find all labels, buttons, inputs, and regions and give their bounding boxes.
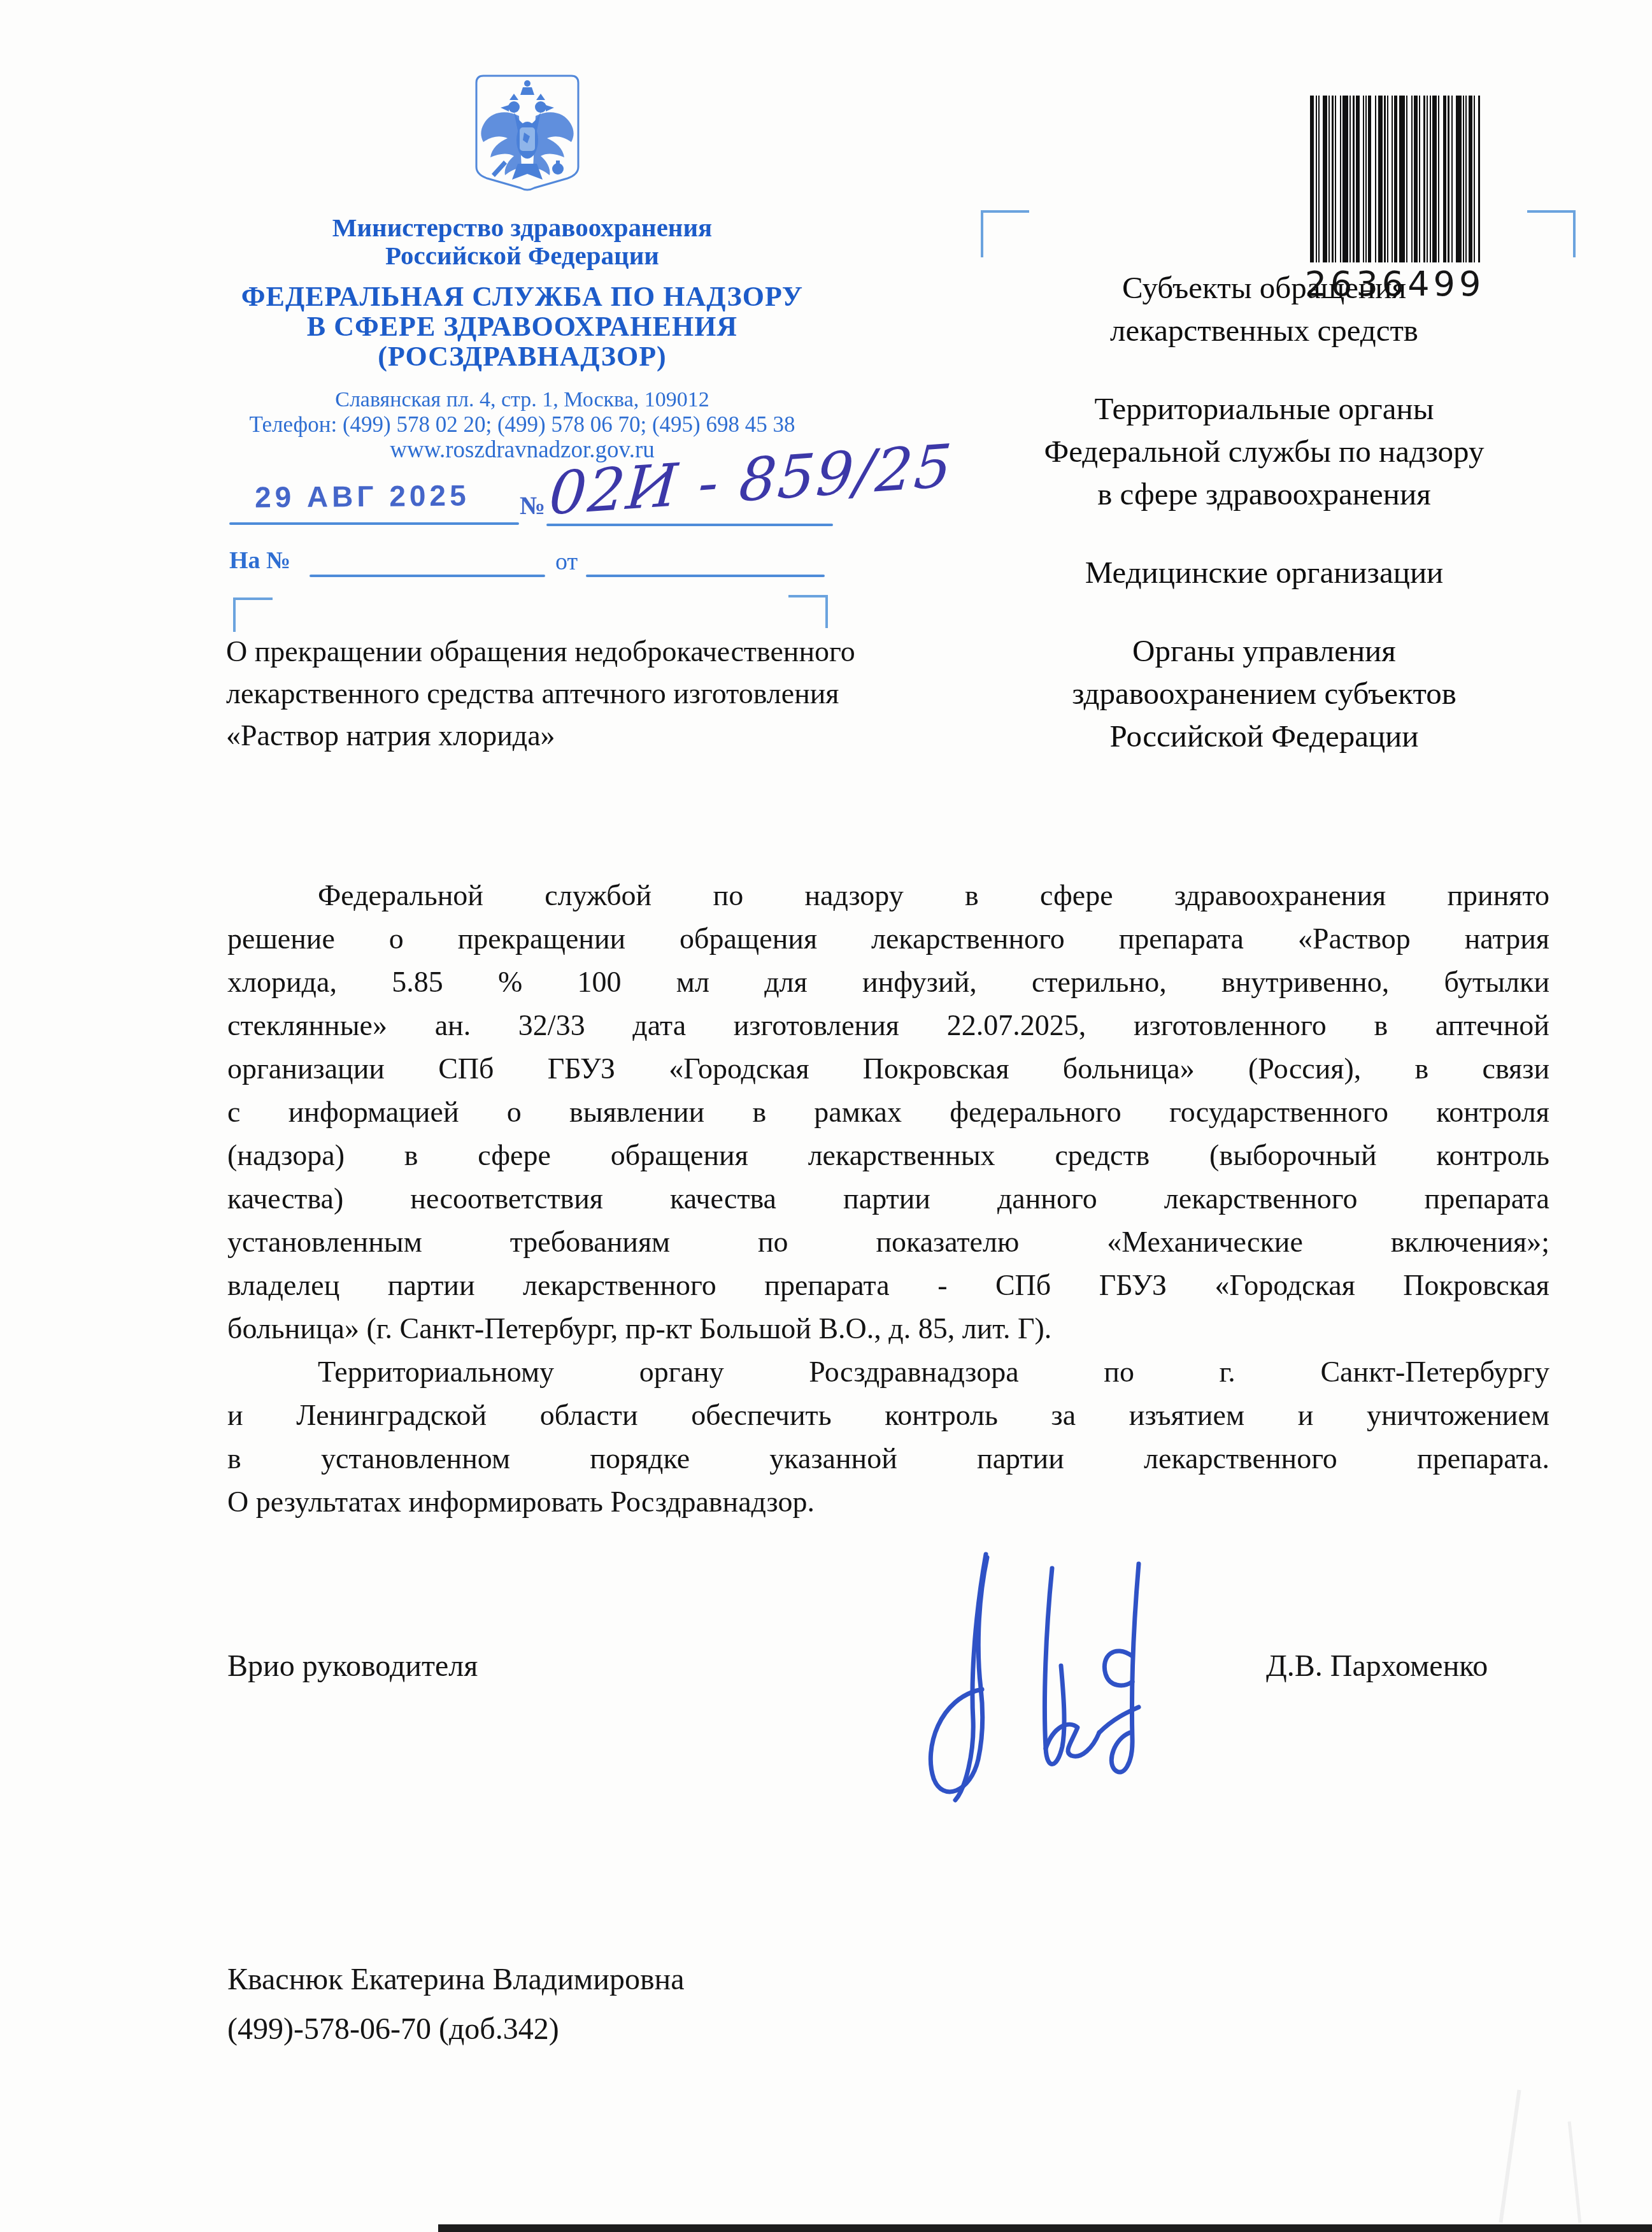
reference-number-label: На № — [229, 547, 290, 575]
contact-phone: (499)-578-06-70 (доб.342) — [227, 2012, 559, 2047]
handwritten-signature — [904, 1529, 1172, 1809]
recipient-line: Субъекты обращения — [927, 266, 1602, 309]
body-line: решение о прекращении обращения лекарств… — [227, 917, 1549, 961]
recipient-line: Территориальные органы — [927, 387, 1602, 430]
body-line: (надзора) в сфере обращения лекарственны… — [227, 1134, 1549, 1177]
body-line: качества) несоответствия качества партии… — [227, 1177, 1549, 1220]
body-line: Федеральной службой по надзору в сфере з… — [227, 874, 1549, 917]
reference-number-blank — [310, 575, 545, 577]
contact-person: Кваснюк Екатерина Владимировна — [227, 1962, 685, 1997]
service-name-line2: В СФЕРЕ ЗДРАВООХРАНЕНИЯ — [159, 310, 885, 343]
body-line: Территориальному органу Росздравнадзора … — [227, 1350, 1549, 1394]
body-line: больница» (г. Санкт-Петербург, пр-кт Бол… — [227, 1307, 1549, 1350]
recipients-block: Субъекты обращения лекарственных средств… — [927, 266, 1602, 793]
signer-name: Д.В. Пархоменко — [1266, 1649, 1488, 1684]
date-underline — [229, 522, 519, 525]
corner-mark-subject-right — [788, 595, 828, 628]
body-line: и Ленинградской области обеспечить контр… — [227, 1394, 1549, 1437]
recipient-line: Российской Федерации — [927, 715, 1602, 757]
letterhead-phones: Телефон: (499) 578 02 20; (499) 578 06 7… — [159, 412, 885, 438]
coat-of-arms-icon — [474, 74, 580, 194]
number-underline — [546, 524, 833, 526]
subject-line: «Раствор натрия хлорида» — [226, 715, 863, 757]
recipient-line: Медицинские организации — [927, 551, 1602, 594]
reference-date-blank — [586, 575, 825, 577]
body-line: с информацией о выявлении в рамках федер… — [227, 1091, 1549, 1134]
body-line: установленным требованиям по показателю … — [227, 1220, 1549, 1264]
recipient-group: Территориальные органы Федеральной служб… — [927, 387, 1602, 515]
scanned-letter-page: Министерство здравоохранения Российской … — [0, 0, 1652, 2232]
ministry-name-line2: Российской Федерации — [159, 240, 885, 271]
scan-artifact-streak — [1568, 2121, 1582, 2223]
subject-block: О прекращении обращения недоброкачествен… — [226, 631, 863, 757]
scan-artifact-streak — [1499, 2090, 1521, 2223]
date-stamp: 29 АВГ 2025 — [255, 478, 470, 515]
body-text: Федеральной службой по надзору в сфере з… — [227, 874, 1549, 1524]
body-line: в установленном порядке указанной партии… — [227, 1437, 1549, 1480]
reference-date-label: от — [555, 548, 578, 576]
service-name-line1: ФЕДЕРАЛЬНАЯ СЛУЖБА ПО НАДЗОРУ — [159, 280, 885, 313]
subject-line: О прекращении обращения недоброкачествен… — [226, 631, 863, 673]
body-line: О результатах информировать Росздравнадз… — [227, 1480, 1549, 1524]
recipient-line: Органы управления — [927, 629, 1602, 672]
recipient-group: Медицинские организации — [927, 551, 1602, 594]
subject-line: лекарственного средства аптечного изгото… — [226, 673, 863, 715]
recipient-line: Федеральной службы по надзору — [927, 430, 1602, 473]
body-line: хлорида, 5.85 % 100 мл для инфузий, стер… — [227, 961, 1549, 1004]
number-symbol: № — [520, 490, 545, 520]
scan-artifact-bar — [438, 2224, 1652, 2232]
corner-mark-addressee-right — [1527, 210, 1576, 257]
ministry-name-line1: Министерство здравоохранения — [159, 212, 885, 243]
corner-mark-subject-left — [233, 597, 273, 632]
recipient-line: лекарственных средств — [927, 309, 1602, 352]
service-name-line3: (РОСЗДРАВНАДЗОР) — [159, 340, 885, 373]
body-line: стеклянные» ан. 32/33 дата изготовления … — [227, 1004, 1549, 1047]
letterhead-address: Славянская пл. 4, стр. 1, Москва, 109012 — [159, 388, 885, 412]
body-line: организации СПб ГБУЗ «Городская Покровск… — [227, 1047, 1549, 1091]
recipient-group: Органы управления здравоохранением субъе… — [927, 629, 1602, 757]
recipient-group: Субъекты обращения лекарственных средств — [927, 266, 1602, 352]
recipient-line: в сфере здравоохранения — [927, 473, 1602, 515]
corner-mark-addressee-left — [981, 210, 1029, 257]
signer-position: Врио руководителя — [227, 1649, 478, 1684]
body-line: владелец партии лекарственного препарата… — [227, 1264, 1549, 1307]
recipient-line: здравоохранением субъектов — [927, 672, 1602, 715]
barcode-bars — [1293, 96, 1497, 262]
